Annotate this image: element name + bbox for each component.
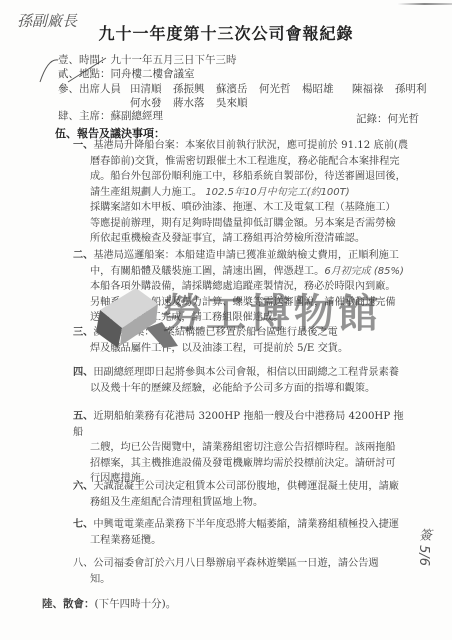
attendees-label: 參、出席人員	[58, 81, 121, 96]
attendee: 吳來順	[216, 95, 248, 110]
scan-artifact	[397, 3, 452, 5]
item-text: 天誠混凝土公司決定租賃本公司部份腹地，供轉運混凝土使用，請廠	[93, 481, 399, 492]
agenda-item-7: 七、中興電電業產品業務下半年度恐將大幅萎縮，請業務組積極投入捷運 工程業務延攬。	[73, 517, 413, 548]
item-line: 曆春節前)交貨，惟需密切跟催土木工程進度，務必能配合本案排程完	[73, 154, 413, 170]
attendee: 何光哲	[259, 81, 291, 96]
meeting-chair: 肆、主席：蘇副總經理	[58, 108, 163, 123]
item-text: 公司福委會訂於六月八日舉辦扇平森林遊樂區一日遊，請公告週	[93, 558, 378, 569]
adjourn-value: (下午四時十分)。	[95, 598, 177, 610]
adjournment: 陸、散會：(下午四時十分)。	[42, 596, 176, 611]
attendee: 楊昭雄	[302, 81, 334, 96]
item-number: 四、	[73, 366, 93, 378]
agenda-item-8: 八、公司福委會訂於六月八日舉辦扇平森林遊樂區一日遊，請公告週 知。	[73, 556, 413, 587]
item-text: 近期船舶業務有花港局 3200HP 拖船一艘及台中港務局 4200HP 拖船	[73, 411, 404, 438]
attendee: 蔣水落	[173, 95, 205, 110]
item-text: 基港局升降船台案：本案依目前執行狀況，應可提前於 91.12 底前(農	[93, 140, 408, 151]
item-line: 務組及生產組配合清理租賃區地上物。	[73, 495, 413, 511]
handwritten-signature: 簽 5/6	[416, 528, 430, 566]
attendee: 田清順	[130, 81, 162, 96]
item-line: 知。	[73, 572, 413, 588]
item-number: 六、	[73, 480, 93, 492]
attendee: 孫振興	[173, 81, 205, 96]
item-line: 招標案，其主機推進設備及發電機廠牌均需於投標前決定。請研討可	[73, 456, 413, 472]
item-line: 請生產組規劃人力施工。 102.5年10月中旬完工(約100T)	[73, 185, 413, 201]
item-line: 採購案諸如木甲板、噴砂油漆、拖運、木工及電氣工程（基隆施工）	[73, 200, 413, 216]
agenda-item-2: 二、基港局巡邏船案：本船建造申請已獲准並繳納檢丈費用，正順利施工 中，有關船體及…	[73, 248, 413, 326]
agenda-item-1: 一、基港局升降船台案：本案依目前執行狀況，應可提前於 91.12 底前(農 曆春…	[73, 138, 413, 247]
item-number: 二、	[73, 249, 93, 261]
recorder-value: 何光哲	[388, 113, 420, 125]
item-line: 中，有關船體及艤裝施工圖，請速出圖，俾憑趕工。6月初完成 (85%)	[73, 264, 413, 280]
item-text: 中興電電業產品業務下半年度恐將大幅萎縮，請業務組積極投入捷運	[93, 519, 399, 530]
item-number: 七、	[73, 518, 93, 530]
item-number: 三、	[73, 326, 93, 338]
attendee: 陳福祿	[352, 81, 384, 96]
chair-label: 肆、主席：	[58, 110, 111, 122]
agenda-item-3: 三、淡水碼頭案：本案結構體已移置於船台區進行最後之電 焊及艤品屬件工作，以及油漆…	[73, 325, 413, 356]
adjourn-label: 陸、散會：	[42, 598, 95, 610]
item-text: 淡水碼頭案：本案結構體已移置於船台區進行最後之電	[93, 327, 338, 338]
item-number: 一、	[73, 139, 93, 151]
item-line: 成。船台外包部份順利施工中，移船系統自製部份，待送審圖退回後，	[73, 169, 413, 185]
item-line: 等應提前辦理，期有足夠時間儘量抑低訂購金額。另本案是否需勞檢	[73, 216, 413, 232]
agenda-item-5: 五、近期船舶業務有花港局 3200HP 拖船一艘及台中港務局 4200HP 拖船…	[73, 409, 413, 487]
item-text: 田副總經理即日起將參與本公司會報，相信以田副總之工程背景素養	[93, 367, 399, 378]
item-line: 本船各項外購設備，請採購總處追蹤產製情況，務必於時限內到廠。	[73, 279, 413, 295]
handwritten-note: 6月初完成 (85%)	[324, 266, 404, 277]
meeting-time: 壹、時間：九十一年五月三日下午三時	[58, 52, 237, 67]
time-value: 九十一年五月三日下午三時	[111, 54, 237, 66]
meeting-recorder: 記錄：何光哲	[356, 111, 419, 126]
attendee: 蘇濱岳	[216, 81, 248, 96]
item-line: 另軸系佈置、船速及馬力計算、螺槳等需送審圖說，請催承商速完備	[73, 295, 413, 311]
handwritten-note: 102.5年10月中旬完工(約100T)	[205, 187, 349, 198]
item-number: 八、	[73, 558, 93, 569]
place-label: 貳、地點：	[58, 68, 111, 80]
attendee: 孫明利	[395, 81, 427, 96]
item-line: 所依起重機檢查及發証事宜，請工務組再洽勞檢所澄清確認。	[73, 231, 413, 247]
chair-value: 蘇副總經理	[111, 110, 164, 122]
time-label: 壹、時間：	[58, 54, 111, 66]
place-value: 同舟樓二樓會議室	[111, 68, 195, 80]
item-line: 送審，7/底施工完成，請工務組限催達成。	[73, 310, 413, 326]
agenda-item-4: 四、田副總經理即日起將參與本公司會報，相信以田副總之工程背景素養 以及幾十年的歷…	[73, 365, 413, 396]
item-number: 五、	[73, 410, 93, 422]
item-line: 焊及艤品屬件工作，以及油漆工程，可提前於 5/E 交貨。	[73, 341, 413, 357]
document-title: 九十一年度第十三次公司會報紀錄	[0, 21, 452, 44]
item-line: 工程業務延攬。	[73, 533, 413, 549]
recorder-label: 記錄：	[356, 113, 388, 125]
item-line: 二艘，均已公告閱覽中，請業務組密切注意公告招標時程。該兩拖船	[73, 440, 413, 456]
meeting-place: 貳、地點：同舟樓二樓會議室	[58, 66, 195, 81]
item-line: 以及幾十年的歷練及經驗，必能給予公司多方面的指導和觀策。	[73, 381, 413, 397]
item-text: 基港局巡邏船案：本船建造申請已獲准並繳納檢丈費用，正順利施工	[93, 250, 399, 261]
agenda-item-6: 六、天誠混凝土公司決定租賃本公司部份腹地，供轉運混凝土使用，請廠 務組及生產組配…	[73, 479, 413, 510]
